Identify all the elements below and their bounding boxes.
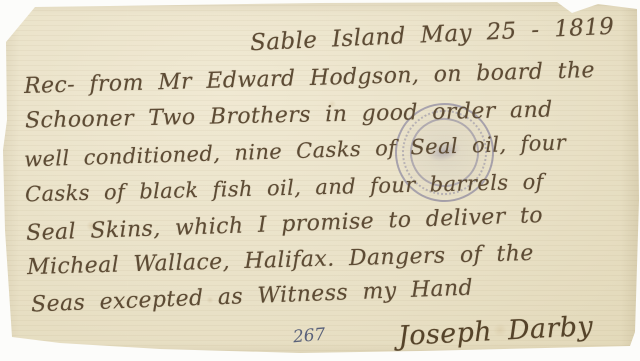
handwritten-line: Seal Skins, which I promise to deliver t… [26, 203, 544, 246]
scanned-page: Sable Island May 25 - 1819 Rec- from Mr … [0, 0, 640, 361]
handwritten-line: Micheal Wallace, Halifax. Dangers of the [27, 241, 534, 280]
handwritten-line: Seas excepted as Witness my Hand [31, 276, 474, 318]
catalog-number: 267 [292, 325, 326, 348]
handwritten-line: Rec- from Mr Edward Hodgson, on board th… [24, 58, 595, 99]
receipt-paper: Sable Island May 25 - 1819 Rec- from Mr … [0, 0, 640, 361]
dateline: Sable Island May 25 - 1819 [249, 14, 614, 57]
handwritten-line: Casks of black fish oil, and four barrel… [25, 170, 544, 207]
signature: Joseph Darby [397, 311, 594, 352]
